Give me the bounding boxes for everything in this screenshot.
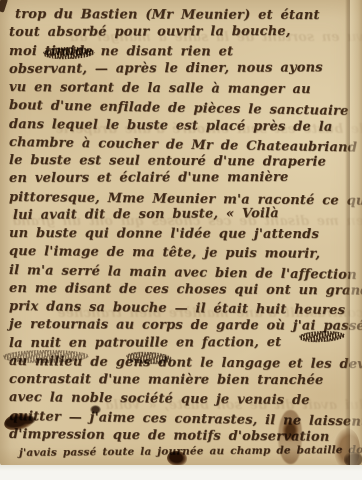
handwriting-line: contrastait d'une manière bien tranchée — [9, 371, 362, 391]
handwriting-line: j'avais passé toute la journée au champ … — [9, 441, 362, 462]
handwriting-line: lui avait dit de son buste, « Voilà — [9, 204, 362, 225]
handwriting-line: tout absorbé pour ouvrir la bouche, — [9, 23, 362, 43]
adjacent-page-edge — [350, 0, 362, 466]
handwriting-line: dans lequel le buste est placé près de l… — [9, 116, 362, 137]
page-fold-crease — [345, 0, 350, 466]
handwriting-block: trop du Bastien (Mr Meunier) et étanttou… — [0, 0, 362, 462]
handwriting-line: un buste qui donne l'idée que j'attends — [9, 225, 362, 245]
handwriting-line: en me disant de ces choses qui ont un gr… — [9, 280, 362, 301]
scanned-letter-screenshot: { "document": { "kind": "scanned handwri… — [0, 0, 362, 480]
handwriting-line: que l'image de ma tête, je puis mourir, — [9, 243, 362, 264]
handwriting-line: observant, — après le diner, nous ayons — [9, 59, 362, 79]
handwriting-line: en velours et éclairé d'une manière — [9, 169, 362, 189]
letter-page: trop du Bastien (Mr Meunier) et étanttou… — [0, 0, 362, 466]
handwriting-line: vu en sortant de la salle à manger au — [9, 79, 362, 100]
scan-background — [0, 465, 362, 480]
